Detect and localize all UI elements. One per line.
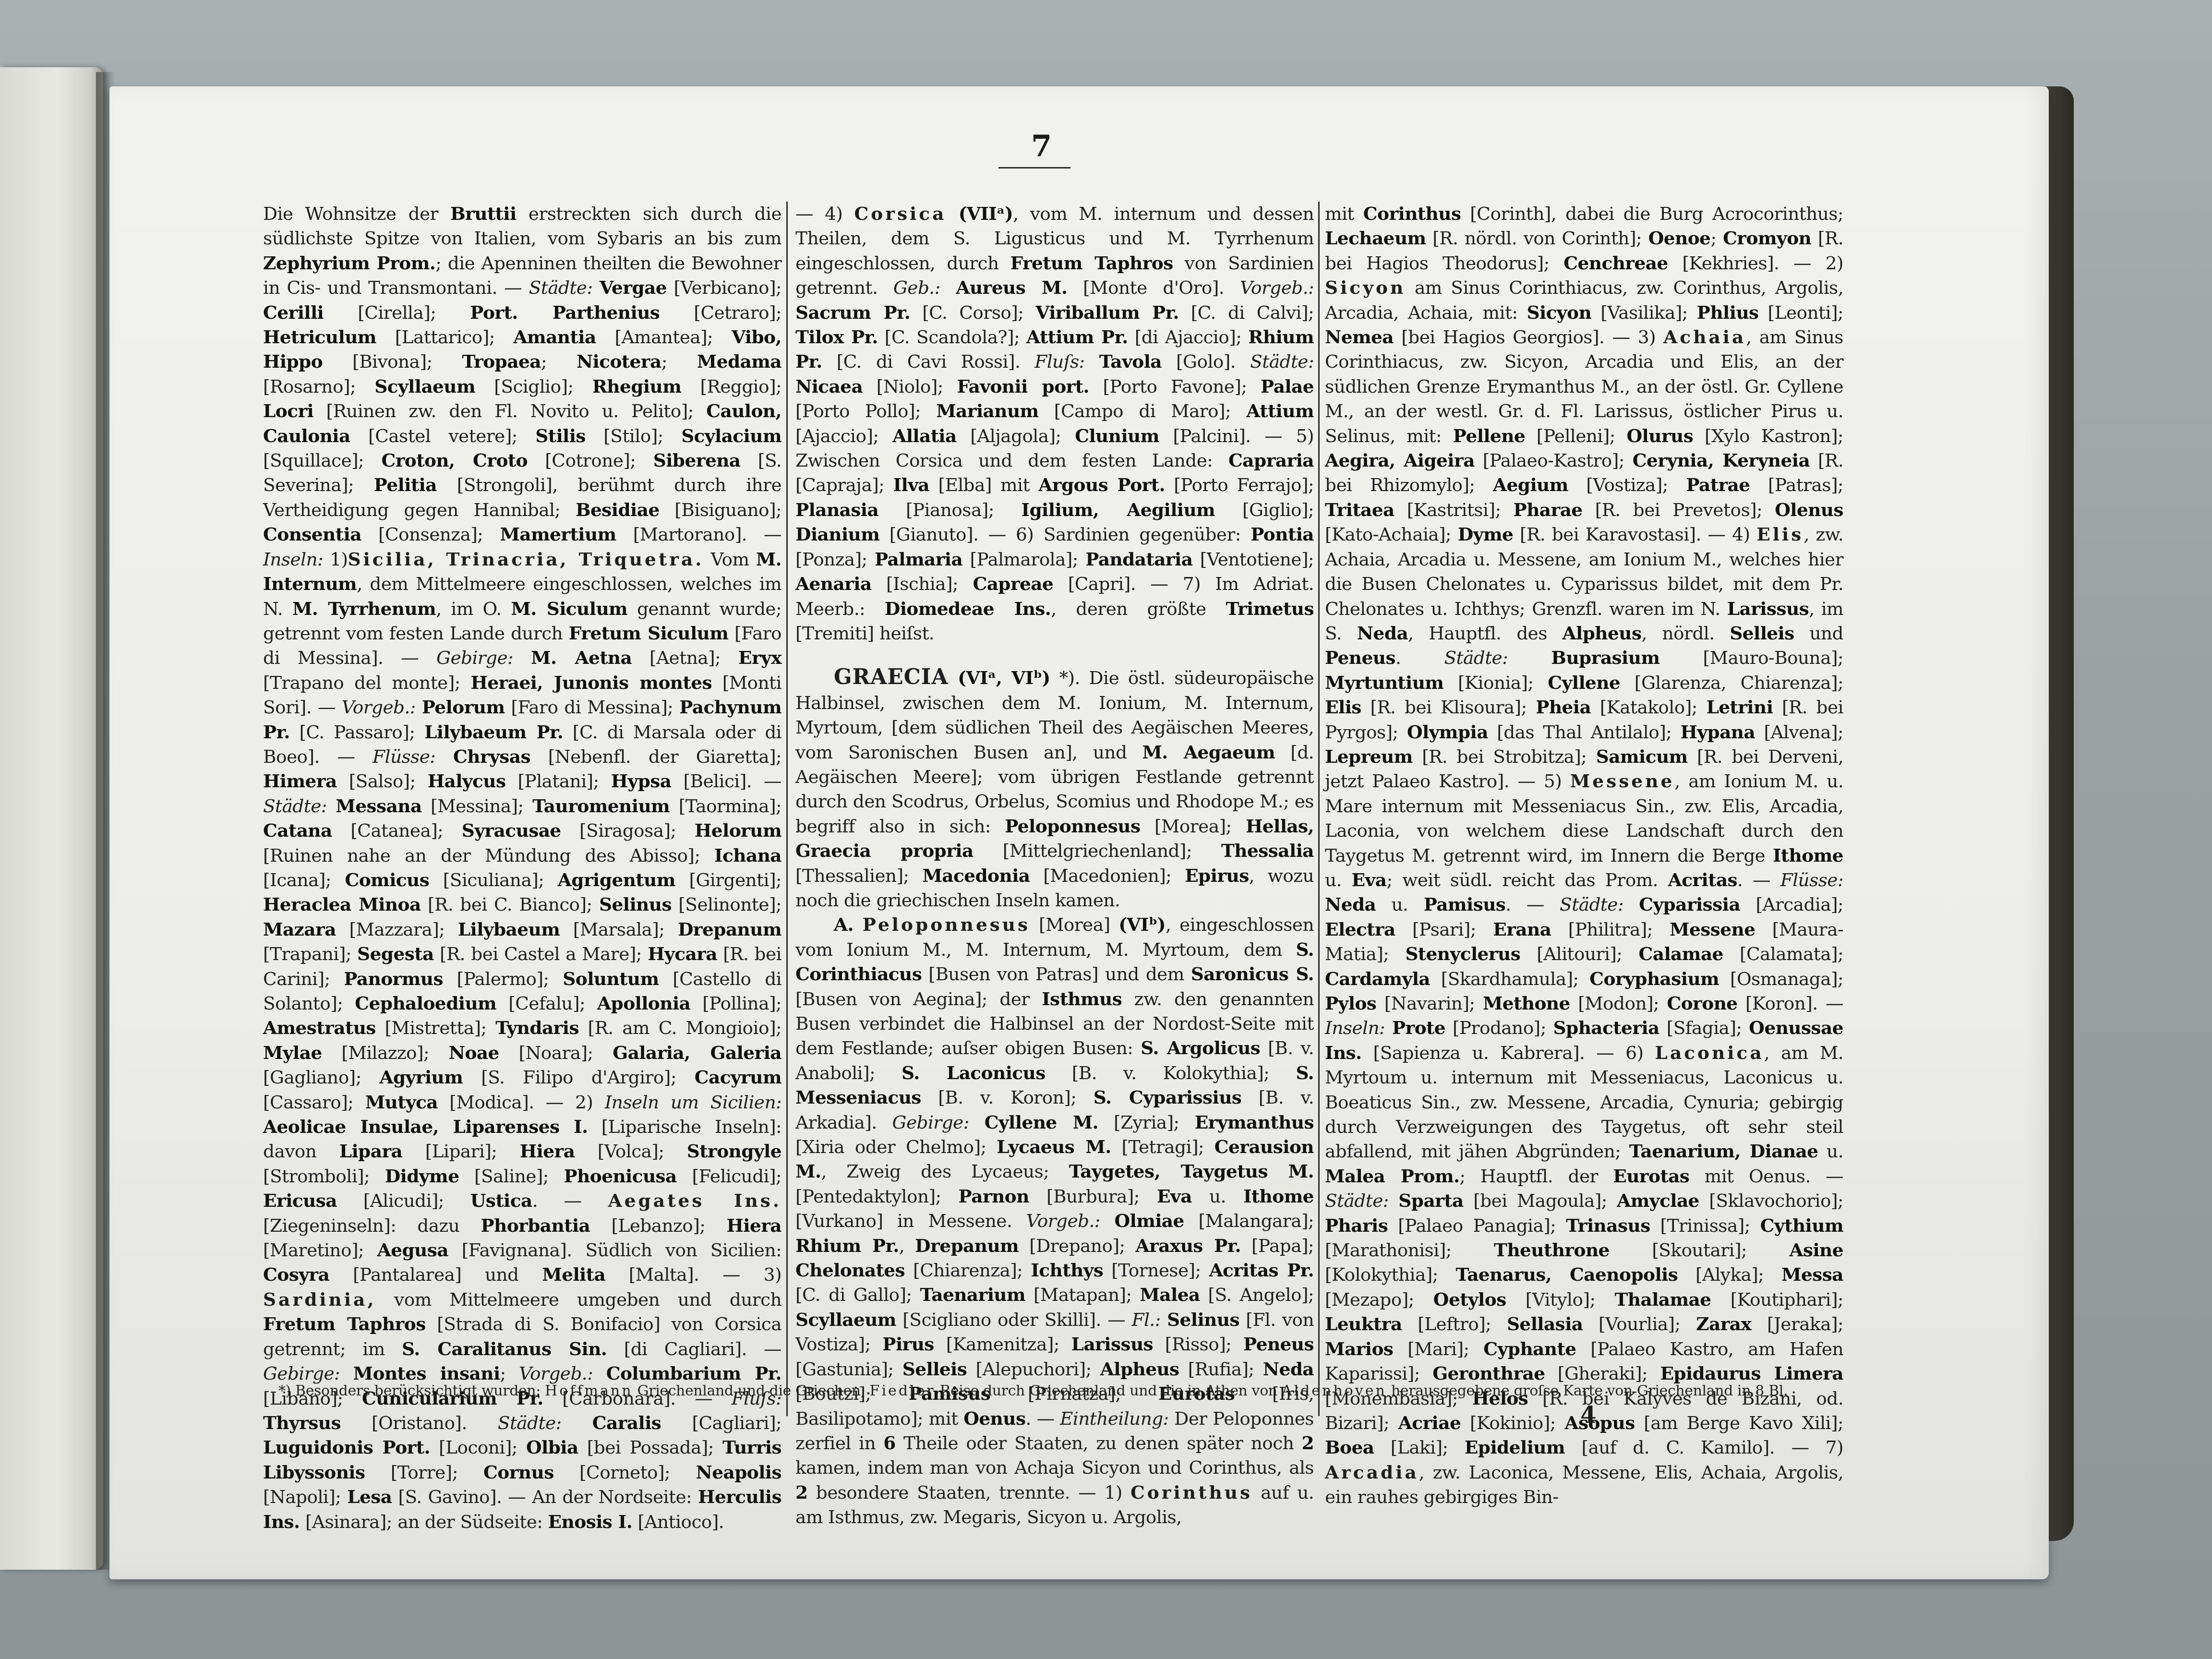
column-divider-2	[1318, 202, 1320, 1416]
text-column-1: Die Wohnsitze der Bruttii erstreckten si…	[263, 202, 781, 1534]
peloponnesus-section: A. Peloponnesus [Morea] (VIᵇ), eingeschl…	[795, 913, 1314, 1529]
graecia-section: GRAECIA (VIᵃ, VIᵇ) *). Die östl. südeuro…	[795, 665, 1314, 913]
footnote: *) Besonders berücksichtigt wurden: Hoff…	[278, 1382, 1872, 1399]
text-column-2: — 4) Corsica (VIIᵃ), vom M. internum und…	[795, 202, 1314, 1530]
page-number: 7	[1031, 129, 1052, 164]
signature-mark: 4	[1580, 1402, 1596, 1429]
text-column-3: mit Corinthus [Corinth], dabei die Burg …	[1325, 202, 1843, 1510]
corsica-section: — 4) Corsica (VIIᵃ), vom M. internum und…	[795, 203, 1314, 644]
footnote-author-hoffmann: Hoffmann	[545, 1382, 633, 1399]
column-divider-1	[786, 202, 788, 1416]
left-page-edge	[0, 67, 103, 1570]
footnote-marker: *)	[278, 1382, 291, 1399]
footnote-author-fiedler: Fiedler	[870, 1382, 936, 1399]
footnote-author-aldenhoven: Aldenhoven	[1282, 1382, 1387, 1399]
page-number-rule	[998, 167, 1070, 168]
